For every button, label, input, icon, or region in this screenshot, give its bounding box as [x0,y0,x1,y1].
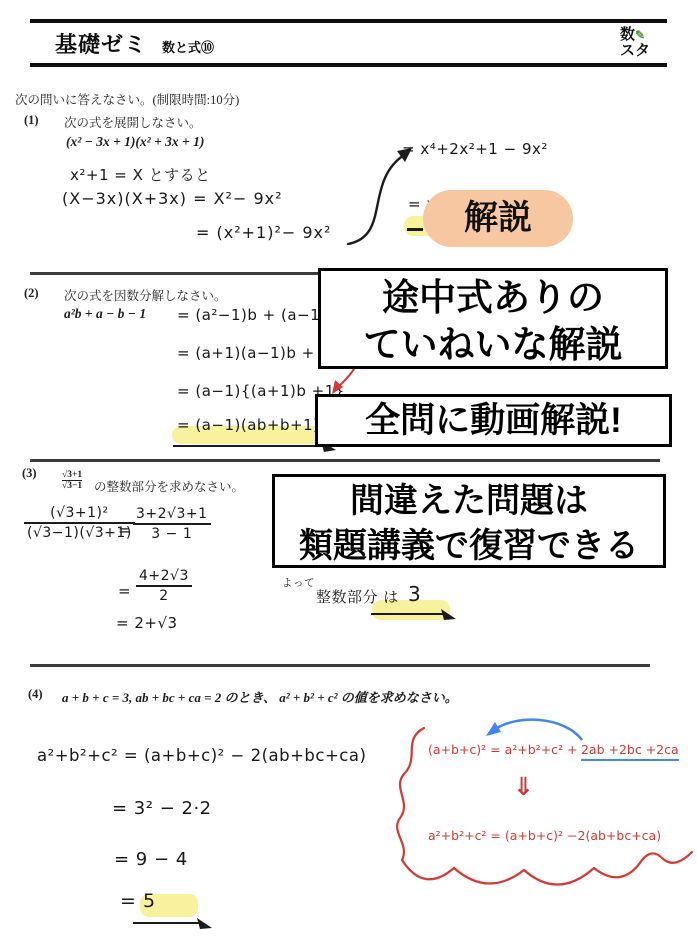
instructions-text: 次の問いに答えなさい。(制限時間:10分) [15,90,239,108]
worksheet-page: 基礎ゼミ 数と式⑩ 数✎ スタ 次の問いに答えなさい。(制限時間:10分) (1… [0,0,697,952]
r1-numerator: 3+2√3+1 [133,506,211,523]
underline-arrow-icon [368,606,460,622]
problem4-work-line3: = 9 − 4 [114,849,188,870]
curve-arrow-icon [336,138,422,250]
logo-text-top: 数 [620,26,635,43]
problem1-work-line1: x²+1 = X とすると [70,164,211,185]
callout-box-video: 全問に動画解説! [315,394,672,447]
header-top-rule [30,19,667,23]
problem4-work-line4: = 5 [120,890,156,912]
kaisetsu-callout-pill: 解説 [423,190,573,247]
r2-denominator: 2 [136,585,192,604]
callout-box-teinei: 途中式ありの ていねいな解説 [318,268,668,369]
callout-box-review-line1: 間違えた問題は [275,479,663,524]
red-cloud-icon [390,722,697,912]
problem1-prompt: 次の式を展開しなさい。 [64,113,202,131]
r1-denominator: 3 − 1 [133,523,211,542]
problem1-work-line2: (X−3x)(X+3x) = X²− 9x² [62,189,283,208]
problem3-equals-2: = [118,582,131,600]
problem2-expression: a²b + a − b − 1 [64,306,146,322]
problem1-expression: (x² − 3x + 1)(x² + 3x + 1) [66,134,204,150]
problem1-number: (1) [24,113,39,128]
logo-text-bottom: スタ [620,42,650,59]
callout-box-teinei-line1: 途中式ありの [321,274,665,321]
r2-numerator: 4+2√3 [136,568,192,585]
problem3-equals-1: = [118,521,131,539]
underline-arrow-icon [130,915,216,931]
problem3-answer: 3 [408,582,421,606]
section-rule-3 [30,664,650,667]
problem4-number: (4) [28,687,43,702]
header-bottom-rule [30,63,667,67]
pencil-icon: ✎ [635,28,645,42]
problem3-r1-fraction: 3+2√3+1 3 − 1 [133,506,211,542]
problem1-side-line1: = x⁴+2x²+1 − 9x² [402,140,548,158]
problem4-statement: a + b + c = 3, ab + bc + ca = 2 のとき、 a² … [62,687,458,706]
problem3-r2-fraction: 4+2√3 2 [136,568,192,604]
problem4-work-line1: a²+b²+c² = (a+b+c)² − 2(ab+bc+ca) [37,746,366,765]
brand-logo: 数✎ スタ [620,27,650,59]
worksheet-title: 基礎ゼミ [55,28,147,59]
section-rule-2 [30,459,660,462]
lhs-numerator: (√3+1)² [24,505,135,522]
problem2-number: (2) [24,286,39,301]
problem1-work-line3: = (x²+1)²− 9x² [196,223,331,242]
problem3-conclusion-label: 整数部分 は [316,586,399,607]
problem2-prompt: 次の式を因数分解しなさい。 [64,286,227,304]
callout-box-review: 間違えた問題は 類題講義で復習できる [272,474,666,568]
problem2-work-line1: = (a²−1)b + (a−1) [177,306,327,324]
callout-box-review-line2: 類題講義で復習できる [275,524,663,569]
prompt-fraction-numerator: √3+1 [62,470,82,480]
prompt-fraction-denominator: √3−1 [62,480,82,491]
callout-box-video-line1: 全問に動画解説! [318,397,669,445]
problem3-prompt: の整数部分を求めなさい。 [94,477,244,495]
problem2-work-line4: = (a−1)(ab+b+1) [177,416,319,434]
callout-box-teinei-line2: ていねいな解説 [321,321,665,368]
problem3-work-line3: = 2+√3 [116,614,178,632]
problem3-yotte: よって [282,575,315,590]
worksheet-subtitle: 数と式⑩ [162,37,214,56]
problem3-number: (3) [22,466,37,481]
problem3-prompt-fraction: √3+1 √3−1 [62,470,82,491]
problem4-work-line2: = 3² − 2·2 [112,798,212,819]
